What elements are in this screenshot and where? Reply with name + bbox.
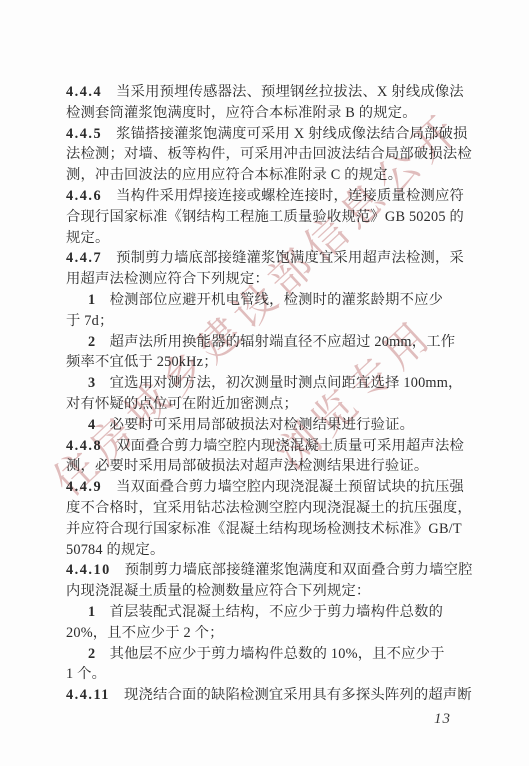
line-text: 宜选用对测方法，初次测量时测点间距宜选择 100mm， [110,375,463,391]
text-line: 4.4.5浆锚搭接灌浆饱满度可采用 X 射线成像法结合局部破损 [66,124,466,145]
text-line: 合现行国家标准《钢结构工程施工质量验收规范》GB 50205 的 [66,207,466,228]
clause-number: 4.4.5 [66,126,102,142]
text-line: 4.4.4当采用预埋传感器法、预埋钢丝拉拔法、X 射线成像法 [66,82,466,103]
text-line: 频率不宜低于 250kHz； [66,352,466,373]
line-text: 双面叠合剪力墙空腔内现浇混凝土质量可采用超声法检 [116,438,464,454]
text-line: 1 个。 [66,664,466,685]
line-text: 浆锚搭接灌浆饱满度可采用 X 射线成像法结合局部破损 [116,126,468,142]
text-line: 1检测部位应避开机电管线，检测时的灌浆龄期不应少 [66,290,466,311]
text-line: 3宜选用对测方法，初次测量时测点间距宜选择 100mm， [66,373,466,394]
line-text: 50784 的规定。 [66,542,165,558]
clause-number: 4.4.6 [66,188,102,204]
clause-number: 2 [88,334,97,350]
text-line: 2超声法所用换能器的辐射端直径不应超过 20mm，工作 [66,332,466,353]
line-text: 对有怀疑的点位可在附近加密测点； [66,396,298,412]
text-line: 度不合格时，宜采用钻芯法检测空腔内现浇混凝土的抗压强度， [66,498,466,519]
clause-number: 2 [88,646,97,662]
clause-number: 4.4.4 [66,84,102,100]
line-text: 必要时可采用局部破损法对检测结果进行验证。 [110,417,414,433]
text-line: 检测套筒灌浆饱满度时，应符合本标准附录 B 的规定。 [66,103,466,124]
text-line: 规定。 [66,228,466,249]
clause-number: 4.4.9 [66,479,102,495]
line-text: 检测部位应避开机电管线，检测时的灌浆龄期不应少 [110,292,443,308]
line-text: 用超声法检测应符合下列规定： [66,271,269,287]
line-text: 测，冲击回波法的应用应符合本标准附录 C 的规定。 [66,167,402,183]
text-line: 4.4.8双面叠合剪力墙空腔内现浇混凝土质量可采用超声法检 [66,436,466,457]
text-line: 20%，且不应少于 2 个； [66,623,466,644]
text-line: 内现浇混凝土质量的检测数量应符合下列规定： [66,581,466,602]
clause-number: 4.4.11 [66,687,110,703]
text-line: 测，冲击回波法的应用应符合本标准附录 C 的规定。 [66,165,466,186]
line-text: 法检测；对墙、板等构件，可采用冲击回波法结合局部破损法检 [66,146,472,162]
clause-number: 1 [88,604,97,620]
line-text: 20%，且不应少于 2 个； [66,625,224,641]
text-line: 用超声法检测应符合下列规定： [66,269,466,290]
line-text: 规定。 [66,230,110,246]
text-line: 4必要时可采用局部破损法对检测结果进行验证。 [66,415,466,436]
text-line: 2其他层不应少于剪力墙构件总数的 10%，且不应少于 [66,644,466,665]
text-line: 测，必要时采用局部破损法对超声法检测结果进行验证。 [66,456,466,477]
clause-number: 1 [88,292,97,308]
line-text: 当构件采用焊接连接或螺栓连接时，连接质量检测应符 [116,188,464,204]
line-text: 首层装配式混凝土结构，不应少于剪力墙构件总数的 [110,604,443,620]
line-text: 于 7d； [66,313,113,329]
line-text: 合现行国家标准《钢结构工程施工质量验收规范》GB 50205 的 [66,209,464,225]
clause-number: 4.4.8 [66,438,102,454]
page-number: 13 [434,711,451,728]
text-line: 对有怀疑的点位可在附近加密测点； [66,394,466,415]
line-text: 1 个。 [66,666,106,682]
text-line: 4.4.11现浇结合面的缺陷检测宜采用具有多探头阵列的超声断 [66,685,466,706]
line-text: 超声法所用换能器的辐射端直径不应超过 20mm，工作 [110,334,456,350]
text-line: 50784 的规定。 [66,540,466,561]
text-line: 并应符合现行国家标准《混凝土结构现场检测技术标准》GB/T [66,519,466,540]
text-line: 4.4.10预制剪力墙底部接缝灌浆饱满度和双面叠合剪力墙空腔 [66,560,466,581]
text-line: 于 7d； [66,311,466,332]
line-text: 当双面叠合剪力墙空腔内现浇混凝土预留试块的抗压强 [116,479,464,495]
line-text: 并应符合现行国家标准《混凝土结构现场检测技术标准》GB/T [66,521,462,537]
line-text: 现浇结合面的缺陷检测宜采用具有多探头阵列的超声断 [124,687,472,703]
line-text: 预制剪力墙底部接缝灌浆饱满度宜采用超声法检测，采 [116,250,464,266]
text-line: 法检测；对墙、板等构件，可采用冲击回波法结合局部破损法检 [66,144,466,165]
text-line: 4.4.9当双面叠合剪力墙空腔内现浇混凝土预留试块的抗压强 [66,477,466,498]
clause-number: 4.4.10 [66,562,111,578]
line-text: 度不合格时，宜采用钻芯法检测空腔内现浇混凝土的抗压强度， [66,500,472,516]
document-body: 4.4.4当采用预埋传感器法、预埋钢丝拉拔法、X 射线成像法 检测套筒灌浆饱满度… [66,82,466,706]
clause-number: 4.4.7 [66,250,102,266]
document-page: 住房城乡建设部信息公开 浏览专用 4.4.4当采用预埋传感器法、预埋钢丝拉拔法、… [0,0,529,766]
line-text: 频率不宜低于 250kHz； [66,354,218,370]
line-text: 内现浇混凝土质量的检测数量应符合下列规定： [66,583,370,599]
line-text: 测，必要时采用局部破损法对超声法检测结果进行验证。 [66,458,428,474]
text-line: 1首层装配式混凝土结构，不应少于剪力墙构件总数的 [66,602,466,623]
text-line: 4.4.6当构件采用焊接连接或螺栓连接时，连接质量检测应符 [66,186,466,207]
line-text: 预制剪力墙底部接缝灌浆饱满度和双面叠合剪力墙空腔 [125,562,473,578]
text-line: 4.4.7预制剪力墙底部接缝灌浆饱满度宜采用超声法检测，采 [66,248,466,269]
clause-number: 4 [88,417,97,433]
line-text: 检测套筒灌浆饱满度时，应符合本标准附录 B 的规定。 [66,105,417,121]
clause-number: 3 [88,375,97,391]
line-text: 当采用预埋传感器法、预埋钢丝拉拔法、X 射线成像法 [116,84,464,100]
line-text: 其他层不应少于剪力墙构件总数的 10%，且不应少于 [110,646,445,662]
